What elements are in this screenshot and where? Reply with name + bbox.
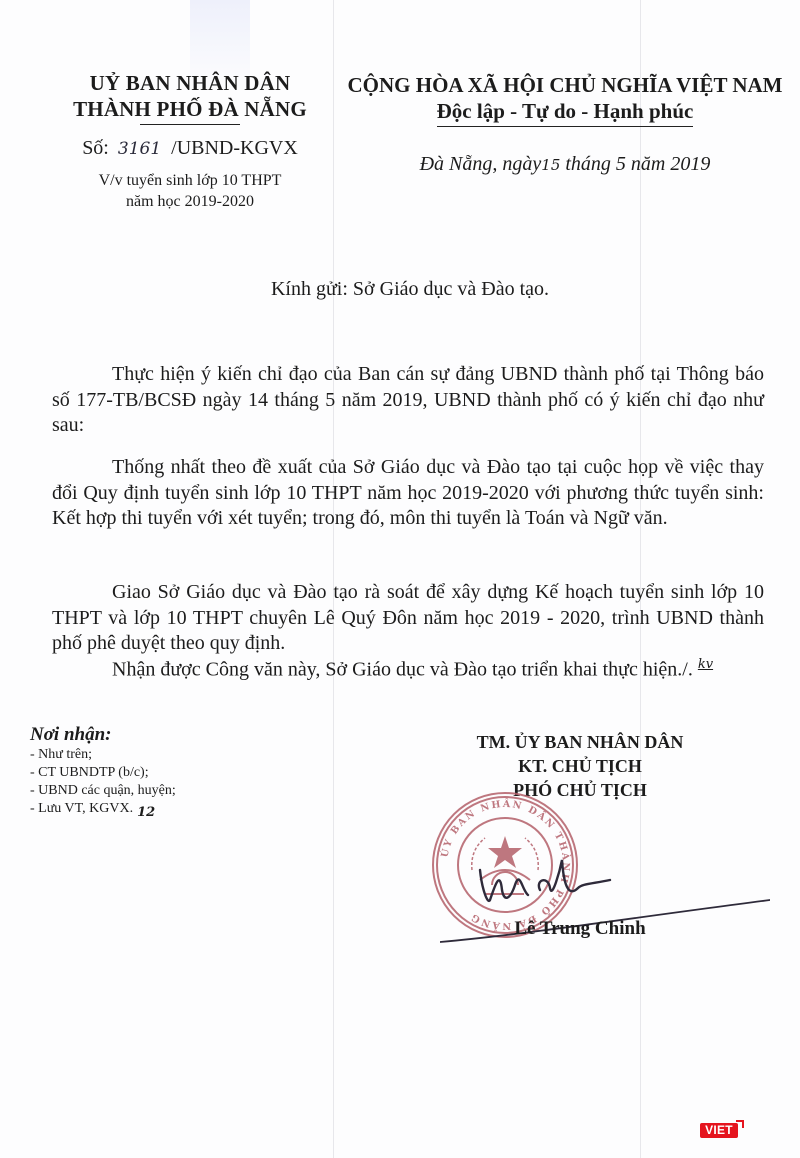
closing-paragraph: Nhận được Công văn này, Sở Giáo dục và Đ… bbox=[52, 652, 764, 683]
signer-name: Lê Trung Chinh bbox=[410, 918, 750, 940]
signer-title-line1: TM. ỦY BAN NHÂN DÂN bbox=[410, 730, 750, 754]
date-day-handwritten: 15 bbox=[541, 156, 560, 174]
national-title: CỘNG HÒA XÃ HỘI CHỦ NGHĨA VIỆT NAM bbox=[340, 72, 790, 98]
handwritten-initials: kv bbox=[698, 657, 713, 672]
body-paragraph: Thực hiện ý kiến chỉ đạo của Ban cán sự … bbox=[52, 362, 764, 439]
date-suffix: tháng 5 năm 2019 bbox=[565, 153, 710, 175]
document-subject: V/v tuyển sinh lớp 10 THPT năm học 2019-… bbox=[40, 170, 340, 212]
recipient-item: - UBND các quận, huyện; bbox=[30, 782, 270, 800]
recipients-block: Nơi nhận: - Như trên; - CT UBNDTP (b/c);… bbox=[30, 724, 270, 822]
signer-title-line2: KT. CHỦ TỊCH bbox=[410, 754, 750, 778]
issuer-org-line2: THÀNH PHỐ ĐÀ NẴNG bbox=[40, 96, 340, 122]
subject-line2: năm học 2019-2020 bbox=[40, 191, 340, 212]
issuer-org-line1: UỶ BAN NHÂN DÂN bbox=[40, 70, 340, 96]
subject-line1: V/v tuyển sinh lớp 10 THPT bbox=[40, 170, 340, 191]
issuer-underline bbox=[140, 124, 240, 125]
document-date: Đà Nẵng, ngày15 tháng 5 năm 2019 bbox=[340, 153, 790, 176]
watermark-arrow-icon bbox=[736, 1120, 744, 1128]
closing-text: Nhận được Công văn này, Sở Giáo dục và Đ… bbox=[112, 659, 693, 681]
issuer-block: UỶ BAN NHÂN DÂN THÀNH PHỐ ĐÀ NẴNG Số: 31… bbox=[40, 70, 340, 212]
document-number-handwritten: 3161 bbox=[114, 139, 171, 159]
date-prefix: Đà Nẵng, ngày bbox=[420, 153, 542, 175]
recipient-item-text: - Lưu VT, KGVX. bbox=[30, 801, 133, 816]
document-number-suffix: /UBND-KGVX bbox=[171, 137, 298, 159]
watermark-label: VIET bbox=[700, 1123, 738, 1138]
salutation: Kính gửi: Sở Giáo dục và Đào tạo. bbox=[0, 278, 800, 301]
recipient-item: - Như trên; bbox=[30, 746, 270, 764]
body-paragraph: Thống nhất theo đề xuất của Sở Giáo dục … bbox=[52, 455, 764, 532]
recipient-item: - CT UBNDTP (b/c); bbox=[30, 764, 270, 782]
document-number-prefix: Số: bbox=[82, 137, 109, 159]
publisher-watermark: VIET bbox=[700, 1120, 744, 1138]
national-motto: Độc lập - Tự do - Hạnh phúc bbox=[437, 98, 694, 127]
copies-handwritten: 12 bbox=[137, 805, 155, 820]
national-header: CỘNG HÒA XÃ HỘI CHỦ NGHĨA VIỆT NAM Độc l… bbox=[340, 72, 790, 176]
recipient-item: - Lưu VT, KGVX.12 bbox=[30, 800, 270, 822]
recipients-title: Nơi nhận: bbox=[30, 724, 270, 746]
body-paragraph: Giao Sở Giáo dục và Đào tạo rà soát để x… bbox=[52, 580, 764, 657]
document-number: Số: 3161/UBND-KGVX bbox=[40, 135, 340, 162]
